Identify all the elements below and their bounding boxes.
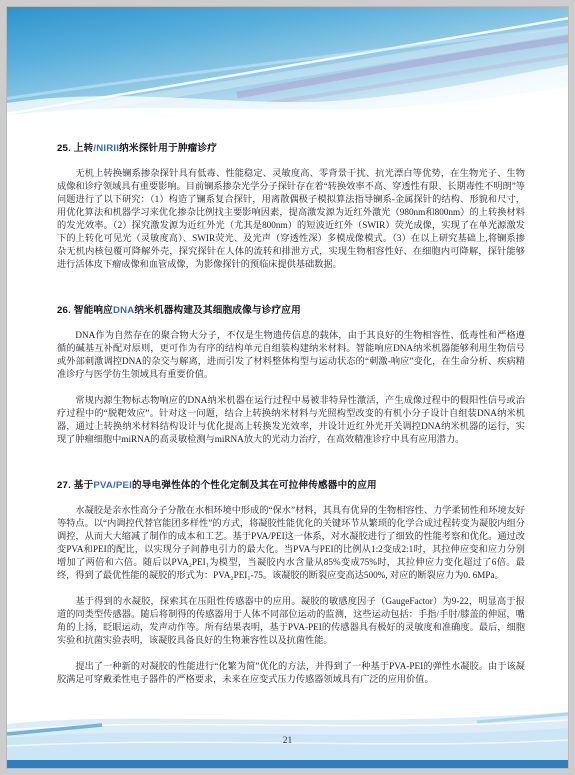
- section-27-title-pre: 27. 基于: [57, 480, 93, 491]
- header-wave-graphic: [7, 7, 568, 125]
- section-25-title-latin: /NIRII: [93, 143, 119, 154]
- section-27-paragraph-2: 基于得到的水凝胶，探索其在压阻性传感器中的应用。凝胶的敏感度因子（GaugeFa…: [57, 595, 525, 647]
- section-26-title: 26. 智能响应DNA纳米机器构建及其细胞成像与诊疗应用: [57, 302, 525, 316]
- section-25-paragraph: 无机上转换镧系掺杂探针具有低毒、性能稳定、灵敏度高、零背景干扰、抗光漂白等优势，…: [57, 167, 525, 271]
- section-26-paragraph-1: DNA作为自然存在的聚合物大分子，不仅是生物遗传信息的载体，由于其良好的生物相容…: [57, 329, 525, 381]
- section-27-title-latin: PVA/PEI: [93, 480, 132, 491]
- section-27-paragraph-1: 水凝胶是亲水性高分子分散在水相环境中形成的“保水”材料，其具有优异的生物相容性、…: [57, 504, 525, 582]
- footer-wave-svg: [7, 702, 568, 768]
- section-26-title-post: 纳米机器构建及其细胞成像与诊疗应用: [134, 305, 301, 316]
- section-25-title: 25. 上转/NIRII纳米探针用于肿瘤诊疗: [57, 140, 525, 154]
- section-26-paragraph-2: 常规内源生物标志物响应的DNA纳米机器在运行过程中易被非特异性激活，产生成像过程…: [57, 394, 525, 446]
- section-25: 25. 上转/NIRII纳米探针用于肿瘤诊疗 无机上转换镧系掺杂探针具有低毒、性…: [57, 140, 525, 271]
- section-26-title-pre: 26. 智能响应: [57, 305, 113, 316]
- section-25-title-pre: 25. 上转: [57, 143, 93, 154]
- section-27-paragraph-3: 提出了一种新的对凝胶的性能进行“化繁为简”优化的方法，并得到了一种基于PVA-P…: [57, 660, 525, 686]
- document-scan: { "page": { "number": "21", "colors": { …: [0, 0, 575, 775]
- section-26: 26. 智能响应DNA纳米机器构建及其细胞成像与诊疗应用 DNA作为自然存在的聚…: [57, 302, 525, 446]
- header-wave-svg: [7, 7, 568, 125]
- footer-wave-graphic: [7, 702, 568, 768]
- section-25-title-post: 纳米探针用于肿瘤诊疗: [119, 143, 217, 154]
- page-number: 21: [7, 736, 568, 746]
- page-content: 25. 上转/NIRII纳米探针用于肿瘤诊疗 无机上转换镧系掺杂探针具有低毒、性…: [7, 125, 568, 686]
- section-27-title-post: 的导电弹性体的个性化定制及其在可拉伸传感器中的应用: [132, 480, 377, 491]
- section-26-title-latin: DNA: [113, 305, 134, 316]
- section-27-title: 27. 基于PVA/PEI的导电弹性体的个性化定制及其在可拉伸传感器中的应用: [57, 477, 525, 491]
- document-page: 25. 上转/NIRII纳米探针用于肿瘤诊疗 无机上转换镧系掺杂探针具有低毒、性…: [7, 7, 568, 768]
- section-27: 27. 基于PVA/PEI的导电弹性体的个性化定制及其在可拉伸传感器中的应用 水…: [57, 477, 525, 686]
